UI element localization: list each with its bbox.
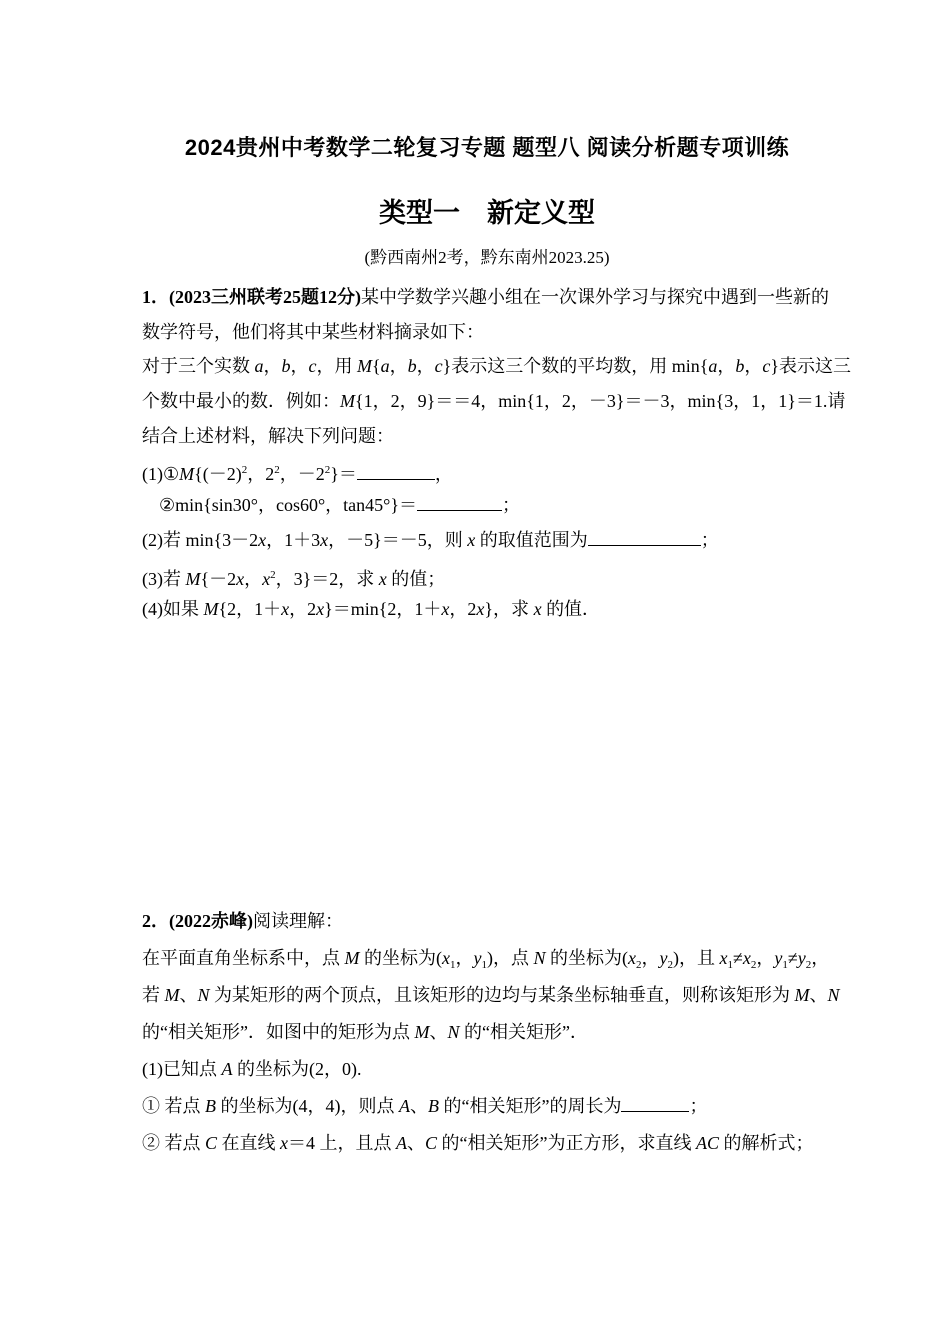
text-segment: x: [628, 948, 636, 968]
text-segment: 个数中最小的数．例如：: [142, 391, 340, 411]
text-line: 数学符号，他们将其中某些材料摘录如下：: [142, 315, 832, 350]
text-segment: x: [743, 948, 751, 968]
text-segment: b: [408, 356, 417, 376]
text-segment: B: [205, 1096, 216, 1116]
answer-blank: [588, 528, 701, 546]
text-segment: N: [198, 985, 210, 1005]
problem-1: 1．(2023三州联考25题12分)某中学数学兴趣小组在一次课外学习与探究中遇到…: [142, 280, 832, 627]
text-segment: ，1＋3: [266, 530, 320, 550]
text-segment: ②min{sin30°，cos60°，tan45°}＝: [159, 495, 417, 515]
answer-blank: [621, 1094, 689, 1112]
text-segment: {: [372, 356, 381, 376]
text-line: (2)若 min{3－2x，1＋3x，－5}＝－5，则 x 的取值范围为；: [142, 523, 832, 558]
text-segment: ，: [291, 356, 309, 376]
text-segment: (3)若: [142, 569, 186, 589]
text-segment: ，: [435, 464, 453, 484]
text-segment: M: [795, 985, 810, 1005]
text-segment: ，－2: [280, 464, 325, 484]
text-segment: 1．(2023三州联考25题12分): [142, 287, 361, 307]
text-segment: {1，2，9}＝＝4，min{1，2，－3}＝－3，min{3，1，1}＝1.请: [355, 391, 845, 411]
text-segment: 、: [429, 1022, 447, 1042]
text-segment: ，2: [289, 599, 316, 619]
text-segment: x: [442, 948, 450, 968]
text-line: ② 若点 C 在直线 x＝4 上，且点 A、C 的“相关矩形”为正方形，求直线 …: [142, 1125, 832, 1162]
text-segment: M: [414, 1022, 429, 1042]
text-segment: ，: [811, 948, 829, 968]
text-segment: ，: [264, 356, 282, 376]
text-segment: B: [428, 1096, 439, 1116]
text-segment: 在直线: [217, 1133, 280, 1153]
text-segment: x: [320, 530, 328, 550]
text-segment: 的“相关矩形”的周长为: [439, 1096, 621, 1116]
text-segment: x: [534, 599, 542, 619]
text-segment: A: [399, 1096, 410, 1116]
text-line: 对于三个实数 a，b，c，用 M{a，b，c}表示这三个数的平均数，用 min{…: [142, 349, 832, 384]
text-segment: }，求: [484, 599, 533, 619]
text-segment: 在平面直角坐标系中，点: [142, 948, 345, 968]
text-segment: ，2: [449, 599, 476, 619]
text-line: (1)①M{(－2)2，22，－22}＝，: [142, 453, 832, 488]
text-segment: (1)已知点: [142, 1059, 222, 1079]
text-segment: M: [204, 599, 219, 619]
text-segment: N: [534, 948, 546, 968]
text-segment: ，: [744, 356, 762, 376]
text-segment: 、: [410, 1096, 428, 1116]
text-segment: x: [258, 530, 266, 550]
text-line: 结合上述材料，解决下列问题：: [142, 419, 832, 454]
text-line: (1)已知点 A 的坐标为(2，0).: [142, 1051, 832, 1088]
text-segment: M: [165, 985, 180, 1005]
text-segment: (2)若 min{3－2: [142, 530, 258, 550]
text-segment: AC: [696, 1133, 719, 1153]
text-segment: A: [222, 1059, 233, 1079]
text-segment: }表示这三: [770, 356, 851, 376]
text-segment: ，: [244, 569, 262, 589]
text-segment: )，且: [673, 948, 720, 968]
text-segment: ，3}＝2，求: [276, 569, 379, 589]
text-segment: c: [435, 356, 443, 376]
text-line: (3)若 M{－2x，x2，3}＝2，求 x 的值；: [142, 558, 832, 593]
text-segment: N: [828, 985, 840, 1005]
text-segment: M: [179, 464, 194, 484]
text-segment: }表示这三个数的平均数，用 min{: [443, 356, 709, 376]
text-segment: 的解析式；: [719, 1133, 814, 1153]
text-segment: 某中学数学兴趣小组在一次课外学习与探究中遇到一些新的: [361, 287, 829, 307]
text-segment: 的坐标为(4，4)，则点: [216, 1096, 399, 1116]
text-segment: c: [309, 356, 317, 376]
text-segment: ，: [456, 948, 474, 968]
text-segment: )，点: [487, 948, 534, 968]
text-segment: ≠: [733, 948, 743, 968]
text-segment: N: [447, 1022, 459, 1042]
text-segment: y: [474, 948, 482, 968]
text-segment: 、: [810, 985, 828, 1005]
answer-blank: [357, 462, 435, 480]
text-segment: 结合上述材料，解决下列问题：: [142, 426, 394, 446]
text-segment: 的坐标为(: [546, 948, 629, 968]
text-line: 的“相关矩形”．如图中的矩形为点 M、N 的“相关矩形”．: [142, 1014, 832, 1051]
text-segment: ，用: [317, 356, 358, 376]
text-segment: 的坐标为(: [360, 948, 443, 968]
text-segment: 的“相关矩形”为正方形，求直线: [437, 1133, 696, 1153]
text-segment: {(－2): [194, 464, 242, 484]
text-segment: a: [255, 356, 264, 376]
text-segment: x: [281, 599, 289, 619]
text-segment: ② 若点: [142, 1133, 205, 1153]
text-segment: ；: [502, 495, 520, 515]
text-segment: x: [720, 948, 728, 968]
text-segment: 对于三个实数: [142, 356, 255, 376]
text-segment: 2．(2022赤峰): [142, 911, 253, 931]
text-segment: ，: [717, 356, 735, 376]
text-segment: ，: [642, 948, 660, 968]
text-segment: 的取值范围为: [475, 530, 588, 550]
text-line: ②min{sin30°，cos60°，tan45°}＝；: [142, 488, 832, 523]
problem-2: 2．(2022赤峰)阅读理解：在平面直角坐标系中，点 M 的坐标为(x1，y1)…: [142, 903, 832, 1162]
text-segment: ，: [390, 356, 408, 376]
text-segment: 阅读理解：: [253, 911, 343, 931]
text-segment: M: [186, 569, 201, 589]
document-page: 2024贵州中考数学二轮复习专题 题型八 阅读分析题专项训练 类型一 新定义型 …: [0, 0, 950, 1344]
section-title: 类型一 新定义型: [142, 196, 832, 230]
text-segment: C: [425, 1133, 437, 1153]
text-segment: x: [280, 1133, 288, 1153]
text-segment: {－2: [201, 569, 237, 589]
text-segment: ＝4 上，且点: [288, 1133, 396, 1153]
text-line: 1．(2023三州联考25题12分)某中学数学兴趣小组在一次课外学习与探究中遇到…: [142, 280, 832, 315]
text-line: 若 M、N 为某矩形的两个顶点，且该矩形的边均与某条坐标轴垂直，则称该矩形为 M…: [142, 977, 832, 1014]
text-segment: y: [660, 948, 668, 968]
text-segment: {2，1＋: [219, 599, 282, 619]
text-line: 个数中最小的数．例如：M{1，2，9}＝＝4，min{1，2，－3}＝－3，mi…: [142, 384, 832, 419]
text-segment: ，: [756, 948, 774, 968]
text-segment: 的坐标为(2，0).: [233, 1059, 362, 1079]
text-segment: ≠: [788, 948, 798, 968]
text-line: (4)如果 M{2，1＋x，2x}＝min{2，1＋x，2x}，求 x 的值．: [142, 592, 832, 627]
text-segment: b: [282, 356, 291, 376]
text-segment: a: [381, 356, 390, 376]
text-segment: ，: [417, 356, 435, 376]
text-segment: 的“相关矩形”．: [460, 1022, 588, 1042]
text-segment: (4)如果: [142, 599, 204, 619]
text-segment: (1)①: [142, 464, 179, 484]
text-segment: C: [205, 1133, 217, 1153]
text-segment: M: [357, 356, 372, 376]
text-segment: 若: [142, 985, 165, 1005]
page-title: 2024贵州中考数学二轮复习专题 题型八 阅读分析题专项训练: [142, 134, 832, 162]
text-segment: }＝min{2，1＋: [324, 599, 441, 619]
text-segment: ；: [689, 1096, 707, 1116]
text-segment: x: [316, 599, 324, 619]
text-line: 2．(2022赤峰)阅读理解：: [142, 903, 832, 940]
text-segment: 、: [180, 985, 198, 1005]
text-segment: A: [396, 1133, 407, 1153]
document-content: 2024贵州中考数学二轮复习专题 题型八 阅读分析题专项训练 类型一 新定义型 …: [0, 134, 950, 1162]
text-segment: 的值；: [387, 569, 446, 589]
source-note: (黔西南州2考，黔东南州2023.25): [142, 246, 832, 270]
text-segment: }＝: [330, 464, 357, 484]
text-segment: x: [262, 569, 270, 589]
text-segment: 的值．: [542, 599, 601, 619]
text-line: ① 若点 B 的坐标为(4，4)，则点 A、B 的“相关矩形”的周长为；: [142, 1088, 832, 1125]
text-segment: x: [236, 569, 244, 589]
text-line: 在平面直角坐标系中，点 M 的坐标为(x1，y1)，点 N 的坐标为(x2，y2…: [142, 940, 832, 977]
text-segment: ，－5}＝－5，则: [328, 530, 467, 550]
text-segment: 、: [407, 1133, 425, 1153]
text-segment: y: [798, 948, 806, 968]
answer-blank: [417, 493, 502, 511]
text-segment: M: [340, 391, 355, 411]
text-segment: 为某矩形的两个顶点，且该矩形的边均与某条坐标轴垂直，则称该矩形为: [210, 985, 795, 1005]
text-segment: ，2: [247, 464, 274, 484]
text-segment: x: [379, 569, 387, 589]
text-segment: ；: [701, 530, 719, 550]
text-segment: M: [345, 948, 360, 968]
text-segment: ① 若点: [142, 1096, 205, 1116]
text-segment: 的“相关矩形”．如图中的矩形为点: [142, 1022, 414, 1042]
text-segment: 数学符号，他们将其中某些材料摘录如下：: [142, 322, 484, 342]
